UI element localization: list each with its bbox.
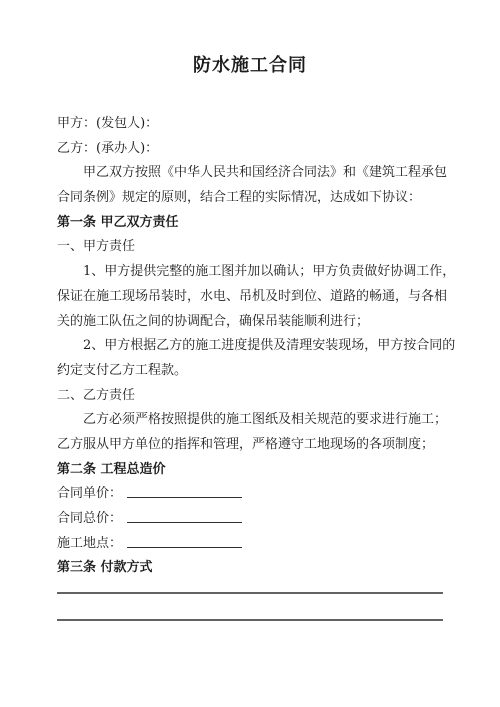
party-a-line: 甲方：(发包人)：	[57, 112, 443, 137]
contract-unit-price-blank	[127, 484, 242, 498]
document-title: 防水施工合同	[0, 54, 500, 78]
construction-site-blank	[127, 534, 242, 548]
construction-site-label: 施工地点：	[57, 536, 122, 551]
article-1-sub-b-line-2: 乙方服从甲方单位的指挥和管理，严格遵守工地现场的各项制度；	[57, 433, 443, 458]
contract-page: 防水施工合同 甲方：(发包人)： 乙方：(承办人)： 甲乙双方按照《中华人民共和…	[0, 0, 500, 707]
article-3-heading: 第三条 付款方式	[57, 556, 443, 581]
contract-total-price-blank	[127, 509, 242, 523]
document-body: 甲方：(发包人)： 乙方：(承办人)： 甲乙双方按照《中华人民共和国经济合同法》…	[57, 112, 443, 581]
article-2-heading: 第二条 工程总造价	[57, 458, 443, 483]
blank-fill-rule-2	[57, 619, 443, 621]
contract-total-price-label: 合同总价：	[57, 511, 122, 526]
article-1-sub-b-line-1: 乙方必须严格按照提供的施工图纸及相关规范的要求进行施工；	[57, 408, 443, 433]
article-1-item-2-line-2: 约定支付乙方工程款。	[57, 359, 443, 384]
article-1-item-2-line-1: 2、甲方根据乙方的施工进度提供及清理安装现场，甲方按合同的	[57, 334, 443, 359]
blank-fill-rule-1	[57, 592, 443, 594]
contract-unit-price-label: 合同单价：	[57, 486, 122, 501]
article-1-item-1-line-1: 1、甲方提供完整的施工图并加以确认；甲方负责做好协调工作，	[57, 260, 443, 285]
article-1-sub-b-heading: 二、乙方责任	[57, 384, 443, 409]
article-1-heading: 第一条 甲乙双方责任	[57, 211, 443, 236]
article-1-item-1-line-2: 保证在施工现场吊装时，水电、吊机及时到位、道路的畅通，与各相	[57, 285, 443, 310]
article-1-item-1-line-3: 关的施工队伍之间的协调配合，确保吊装能顺利进行；	[57, 310, 443, 335]
preamble-line-2: 合同条例》规定的原则，结合工程的实际情况，达成如下协议：	[57, 186, 443, 211]
party-b-line: 乙方：(承办人)：	[57, 137, 443, 162]
construction-site-row: 施工地点：	[57, 532, 443, 557]
article-1-sub-a-heading: 一、甲方责任	[57, 235, 443, 260]
preamble-line-1: 甲乙双方按照《中华人民共和国经济合同法》和《建筑工程承包	[57, 161, 443, 186]
contract-unit-price-row: 合同单价：	[57, 482, 443, 507]
contract-total-price-row: 合同总价：	[57, 507, 443, 532]
